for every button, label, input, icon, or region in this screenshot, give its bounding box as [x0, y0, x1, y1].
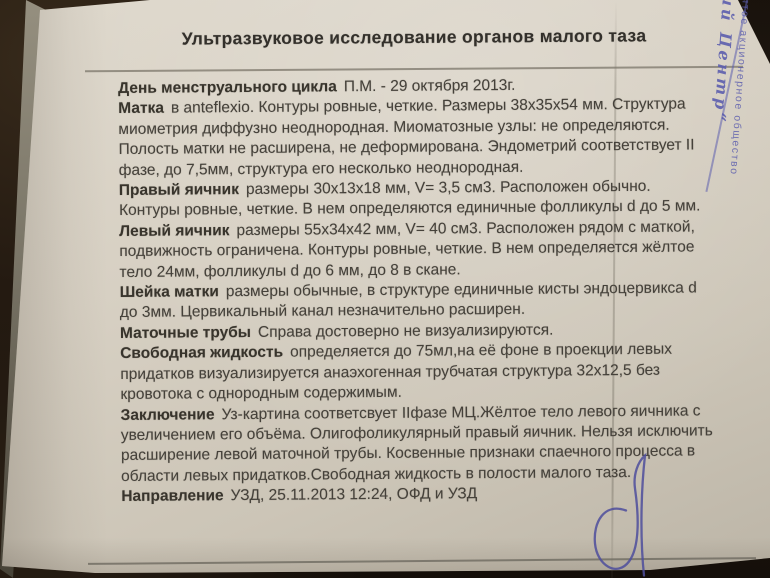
report-section-uterus: Маткав anteflexio. Контуры ровные, четки… [118, 95, 715, 181]
section-label: Направление [121, 487, 224, 505]
report-body: День менструального циклаП.М. - 29 октяб… [118, 74, 717, 507]
section-label: Свободная жидкость [120, 344, 283, 362]
section-label: Матка [118, 100, 164, 117]
photo-background: Ультразвуковое исследование органов мало… [0, 0, 770, 578]
section-label: Маточные трубы [120, 324, 251, 342]
section-label: Правый яичник [119, 181, 239, 199]
report-section-right-ovary: Правый яичникразмеры 30х13х18 мм, V= 3,5… [119, 176, 715, 221]
section-label: Шейка матки [120, 283, 219, 301]
section-label: День менструального цикла [118, 78, 337, 97]
section-label: Заключение [121, 406, 215, 424]
section-text: Справа достоверно не визуализируются. [258, 321, 554, 340]
section-text: П.М. - 29 октября 2013г. [344, 77, 516, 95]
section-text: в anteflexio. Контуры ровные, четкие. Ра… [118, 96, 694, 179]
section-label: Левый яичник [119, 222, 229, 240]
report-section-cervix: Шейка маткиразмеры обычные, в структуре … [120, 278, 716, 323]
report-section-left-ovary: Левый яичникразмеры 55х34х42 мм, V= 40 с… [119, 217, 715, 283]
report-section-free-fluid: Свободная жидкостьопределяется до 75мл,н… [120, 340, 716, 406]
section-text: УЗД, 25.11.2013 12:24, ОФД и УЗД [231, 485, 478, 504]
signature-ink [590, 452, 660, 578]
